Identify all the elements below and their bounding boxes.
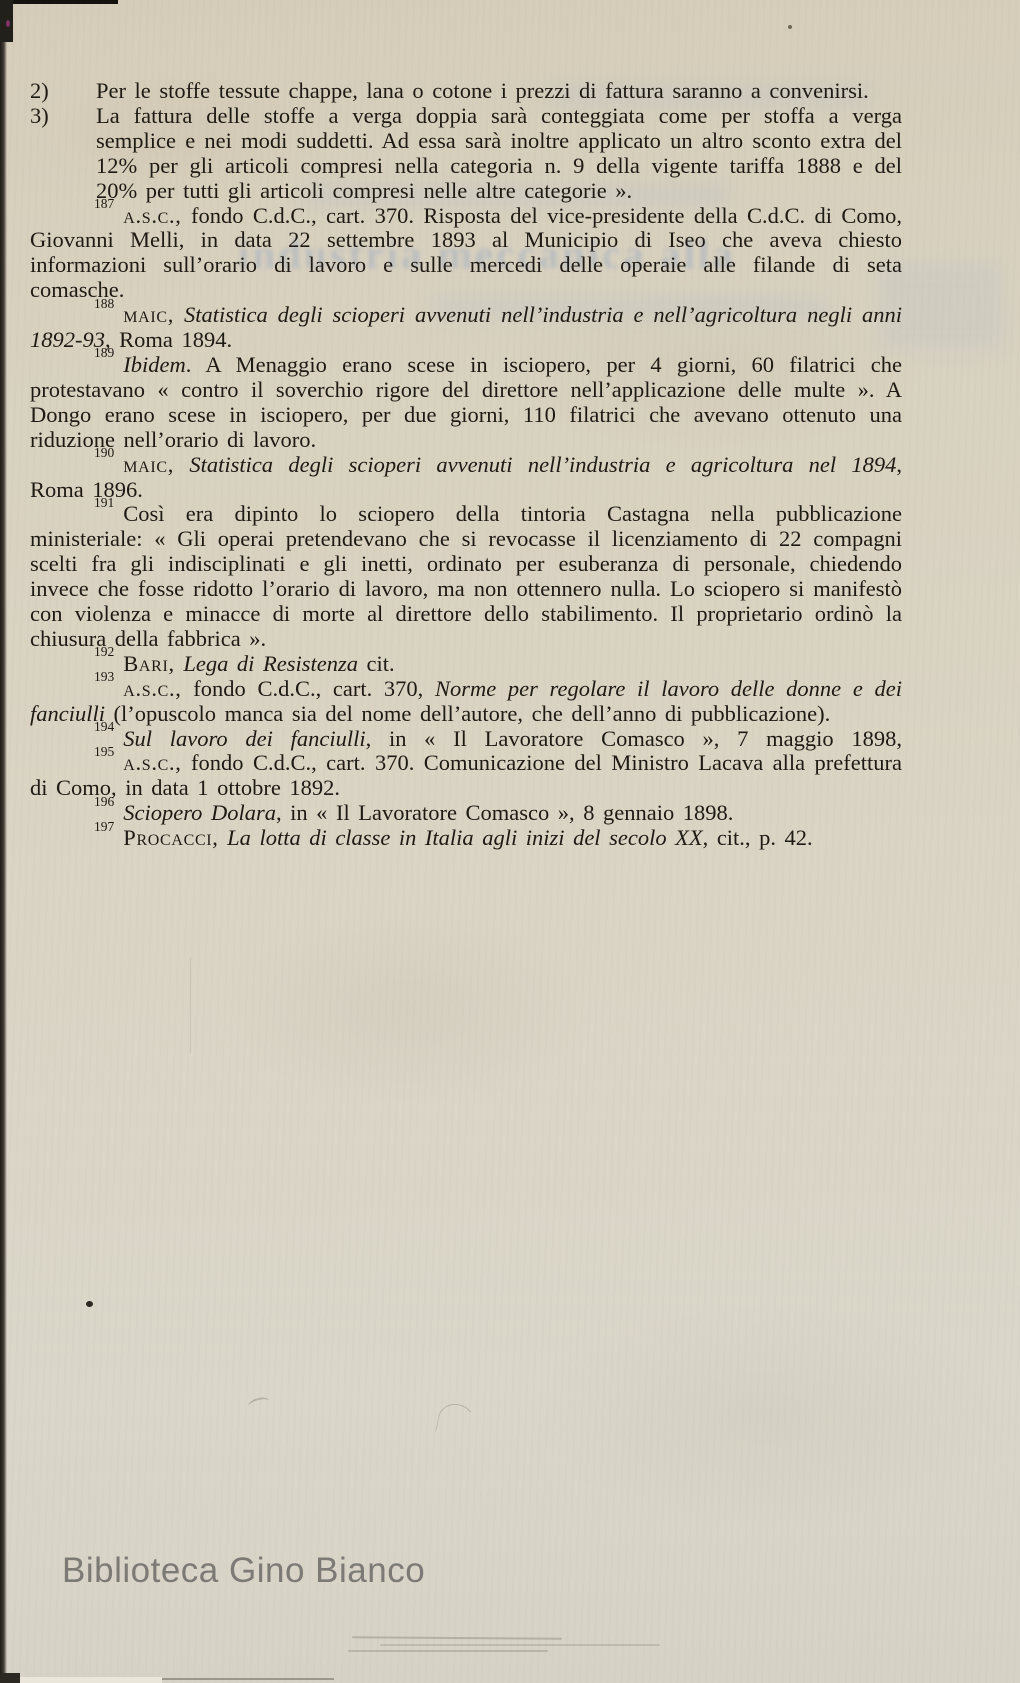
paper-crease <box>190 958 191 1053</box>
footnote-paragraph: 187a.s.c., fondo C.d.C., cart. 370. Risp… <box>30 204 902 304</box>
ink-dot <box>86 1301 93 1307</box>
body-text: fondo C.d.C., cart. 370, <box>182 676 435 701</box>
smallcaps-name-text: a.s.c., <box>123 750 181 775</box>
scan-edge-bottom-sliver <box>20 1677 162 1683</box>
smallcaps-name-text: a.s.c., <box>123 203 181 228</box>
footnote-number: 197 <box>94 819 114 834</box>
italic-title-text: La lotta di classe in Italia agli inizi … <box>227 825 702 850</box>
footnote-paragraph: 193a.s.c., fondo C.d.C., cart. 370, Norm… <box>30 677 902 727</box>
body-text: cit. <box>358 651 395 676</box>
list-marker: 2) <box>30 79 49 104</box>
footnote-number: 190 <box>94 445 114 460</box>
body-text: , in « Il Lavoratore Comasco », 8 gennai… <box>276 800 733 825</box>
footnote-number: 193 <box>94 669 114 684</box>
pencil-scratch <box>348 1650 548 1652</box>
footnote-paragraph: 192Bari, Lega di Resistenza cit. <box>30 652 902 677</box>
smallcaps-name-text: maic, <box>123 452 174 477</box>
footnote-number: 195 <box>94 744 114 759</box>
scan-edge-bottom-line <box>162 1678 334 1680</box>
footnote-paragraph: 194Sul lavoro dei fanciulli, in « Il Lav… <box>30 727 902 752</box>
body-text: , Roma 1894. <box>105 327 232 352</box>
faint-pencil-mark <box>435 1401 477 1440</box>
list-paragraph: 3)La fattura delle stoffe a verga doppia… <box>30 104 902 204</box>
footnote-number: 196 <box>94 794 114 809</box>
footnote-number: 192 <box>94 644 114 659</box>
body-text: , cit., p. 42. <box>703 825 813 850</box>
list-paragraph: 2)Per le stoffe tessute chappe, lana o c… <box>30 79 902 104</box>
footnote-paragraph: 189Ibidem. A Menaggio erano scese in isc… <box>30 353 902 453</box>
scanned-book-page: { "page": { "paper_color": "#d8d2c1", "i… <box>0 0 1020 1683</box>
footnote-paragraph: 197Procacci, La lotta di classe in Itali… <box>30 826 902 851</box>
body-text: , in « Il Lavoratore Comasco », 7 maggio… <box>366 726 902 751</box>
list-marker: 3) <box>30 104 49 129</box>
footnote-number: 194 <box>94 719 114 734</box>
footnote-paragraph: 196Sciopero Dolara, in « Il Lavoratore C… <box>30 801 902 826</box>
italic-title-text: Statistica degli scioperi avvenuti nell’… <box>189 452 896 477</box>
footnote-number: 188 <box>94 296 114 311</box>
body-text: La fattura delle stoffe a verga doppia s… <box>96 103 902 203</box>
smallcaps-name-text: Procacci, <box>123 825 218 850</box>
body-text: Per le stoffe tessute chappe, lana o cot… <box>96 78 869 103</box>
library-watermark: Biblioteca Gino Bianco <box>62 1551 425 1591</box>
body-text <box>174 452 189 477</box>
italic-title-text: Lega di Resistenza <box>183 651 358 676</box>
italic-title-text: Sul lavoro dei fanciulli <box>123 726 365 751</box>
faint-pencil-mark <box>247 1395 271 1412</box>
text-block: 2)Per le stoffe tessute chappe, lana o c… <box>30 79 902 851</box>
footnote-paragraph: 190maic, Statistica degli scioperi avven… <box>30 453 902 503</box>
footnote-number: 189 <box>94 345 114 360</box>
body-text: Così era dipinto lo sciopero della tinto… <box>30 501 902 651</box>
body-text <box>174 302 184 327</box>
italic-title-text: Ibidem <box>123 352 185 377</box>
pencil-scratch <box>380 1644 660 1646</box>
footnote-paragraph: 188maic, Statistica degli scioperi avven… <box>30 303 902 353</box>
footnote-paragraph: 195a.s.c., fondo C.d.C., cart. 370. Comu… <box>30 751 902 801</box>
italic-title-text: Sciopero Dolara <box>123 800 276 825</box>
body-text: (l’opuscolo manca sia del nome dell’auto… <box>105 701 830 726</box>
smallcaps-name-text: maic, <box>123 302 174 327</box>
footnote-paragraph: 191Così era dipinto lo sciopero della ti… <box>30 502 902 651</box>
scan-edge-left <box>0 0 7 1683</box>
smallcaps-name-text: a.s.c., <box>123 676 181 701</box>
footnote-number: 187 <box>94 196 114 211</box>
body-text <box>219 825 228 850</box>
ink-speck <box>788 25 792 29</box>
ink-speck <box>6 20 10 27</box>
footnote-number: 191 <box>94 495 114 510</box>
pencil-scratch <box>352 1636 562 1639</box>
scan-edge-bottom <box>0 1673 20 1683</box>
smallcaps-name-text: Bari, <box>123 651 175 676</box>
scan-edge-top <box>0 0 118 4</box>
